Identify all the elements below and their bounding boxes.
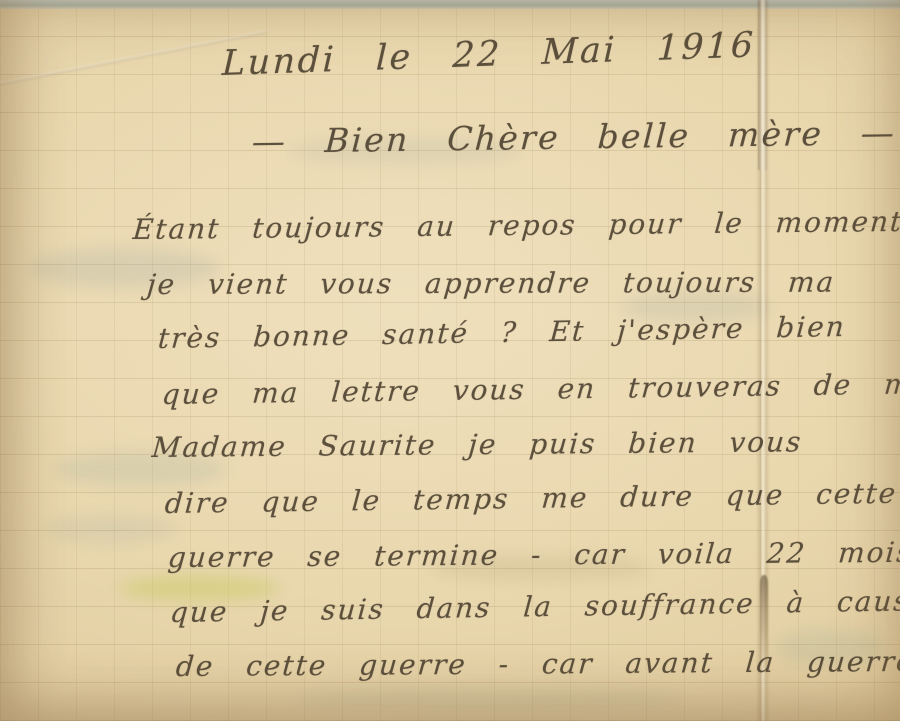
scanned-letter: Lundi le 22 Mai 1916 — Bien Chère belle …: [0, 0, 900, 721]
body-line: je vient vous apprendre toujours ma: [146, 266, 837, 301]
body-line: de cette guerre - car avant la guerre: [175, 645, 900, 683]
body-line: Madame Saurite je puis bien vous: [151, 425, 804, 464]
body-line: guerre se termine - car voila 22 mois: [167, 536, 900, 574]
